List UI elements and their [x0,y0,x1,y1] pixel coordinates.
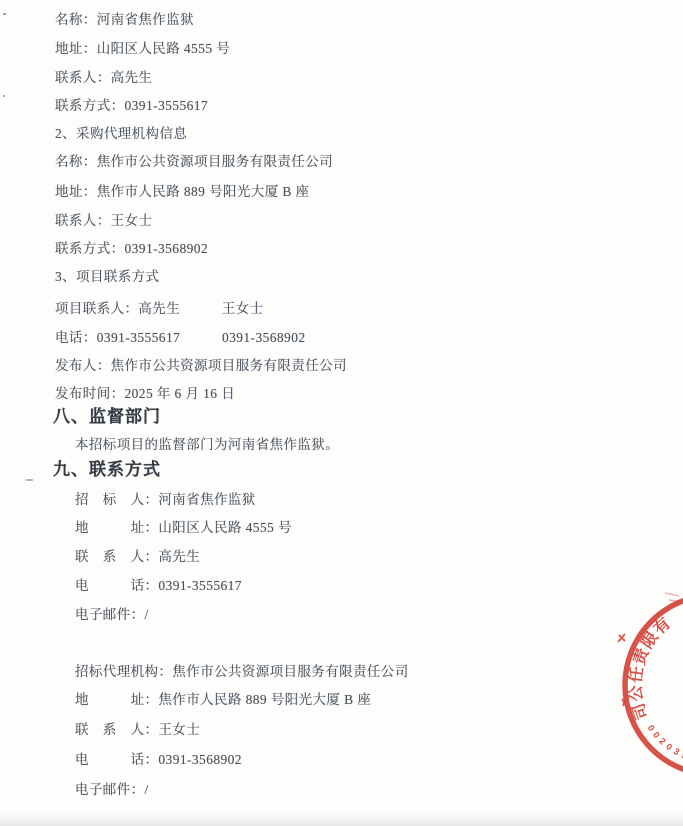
text-line: 联系人：王女士 [55,212,152,229]
text-line: 名称：焦作市公共资源项目服务有限责任公司 [55,153,333,170]
text-line: 联 系 人：高先生 [75,548,200,565]
seal-serial-digit: 0 [664,741,674,752]
text-line: 地址：焦作市人民路 889 号阳光大厦 B 座 [55,183,309,200]
scan-speck [3,13,6,15]
seal-arc-text: 有限责任公司 [626,614,674,723]
text-line: 招标代理机构：焦作市公共资源项目服务有限责任公司 [75,663,409,680]
text-line: 电子邮件：/ [75,781,149,798]
seal-serial-digit: 0 [646,723,657,733]
text-line: 联 系 人：王女士 [75,721,200,738]
seal-serial-digit: 3 [672,746,681,757]
text-line: 电 话：0391-3555617 [75,577,242,594]
text-line: 2、采购代理机构信息 [55,125,187,142]
seal-char: 公 [627,683,647,702]
text-line: 地 址：焦作市人民路 889 号阳光大厦 B 座 [75,691,371,708]
document-page: 名称：河南省焦作监狱地址：山阳区人民路 4555 号联系人：高先生联系方式：03… [0,0,683,826]
text-line: 项目联系人：高先生 王女士 [55,300,264,317]
seal-serial-digit: 2 [657,736,667,747]
text-line: 3、项目联系方式 [55,268,159,285]
section-heading: 八、监督部门 [53,408,161,425]
seal-char: 任 [626,665,647,683]
text-line: 联系方式：0391-3555617 [55,97,208,114]
text-line: 电子邮件：/ [75,606,149,623]
text-line: 本招标项目的监督部门为河南省焦作监狱。 [75,436,339,453]
text-line: 电 话：0391-3568902 [75,751,242,768]
text-line: 联系方式：0391-3568902 [55,240,208,257]
text-line: 联系人：高先生 [55,69,152,86]
text-line: 发布时间：2025 年 6 月 16 日 [55,385,235,402]
text-line: 地 址：山阳区人民路 4555 号 [75,519,292,536]
text-line: 招 标 人：河南省焦作监狱 [75,491,256,508]
scan-speck [3,95,5,97]
text-line: 地址：山阳区人民路 4555 号 [55,40,230,57]
text-line: 名称：河南省焦作监狱 [55,11,194,28]
section-heading: 九、联系方式 [53,461,161,478]
company-seal-stamp: 有限责任公司 0020359 [613,583,683,798]
scan-speck [26,479,33,481]
text-line: 发布人：焦作市公共资源项目服务有限责任公司 [55,357,347,374]
text-line: 电话：0391-3555617 0391-3568902 [55,329,306,346]
